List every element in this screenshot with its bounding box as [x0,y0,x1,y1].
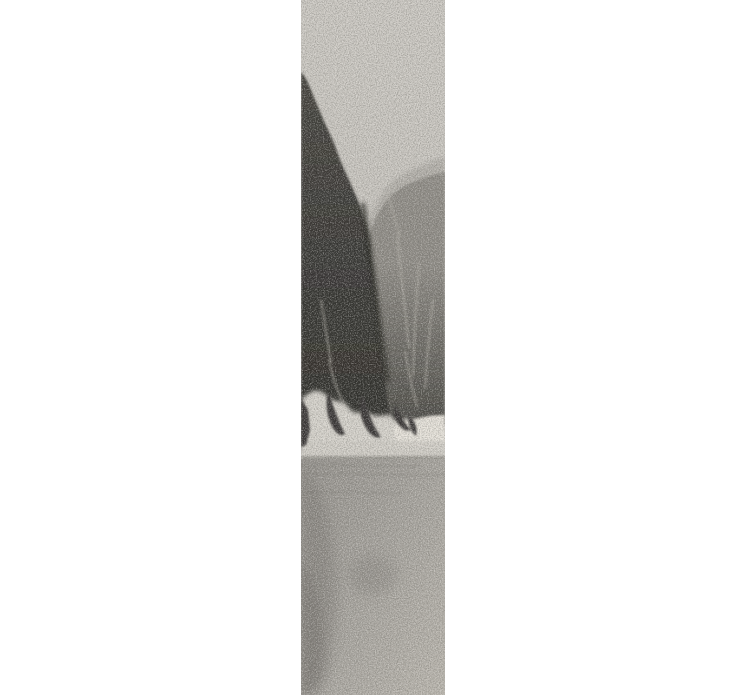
fjord-photo [301,0,445,695]
photo-strip: Grainy black-and-white photograph strip:… [301,0,445,695]
grain-light-overlay [301,0,445,695]
page-background: Grainy black-and-white photograph strip:… [0,0,734,700]
photo-caption: Grainy black-and-white photograph strip:… [301,695,302,696]
